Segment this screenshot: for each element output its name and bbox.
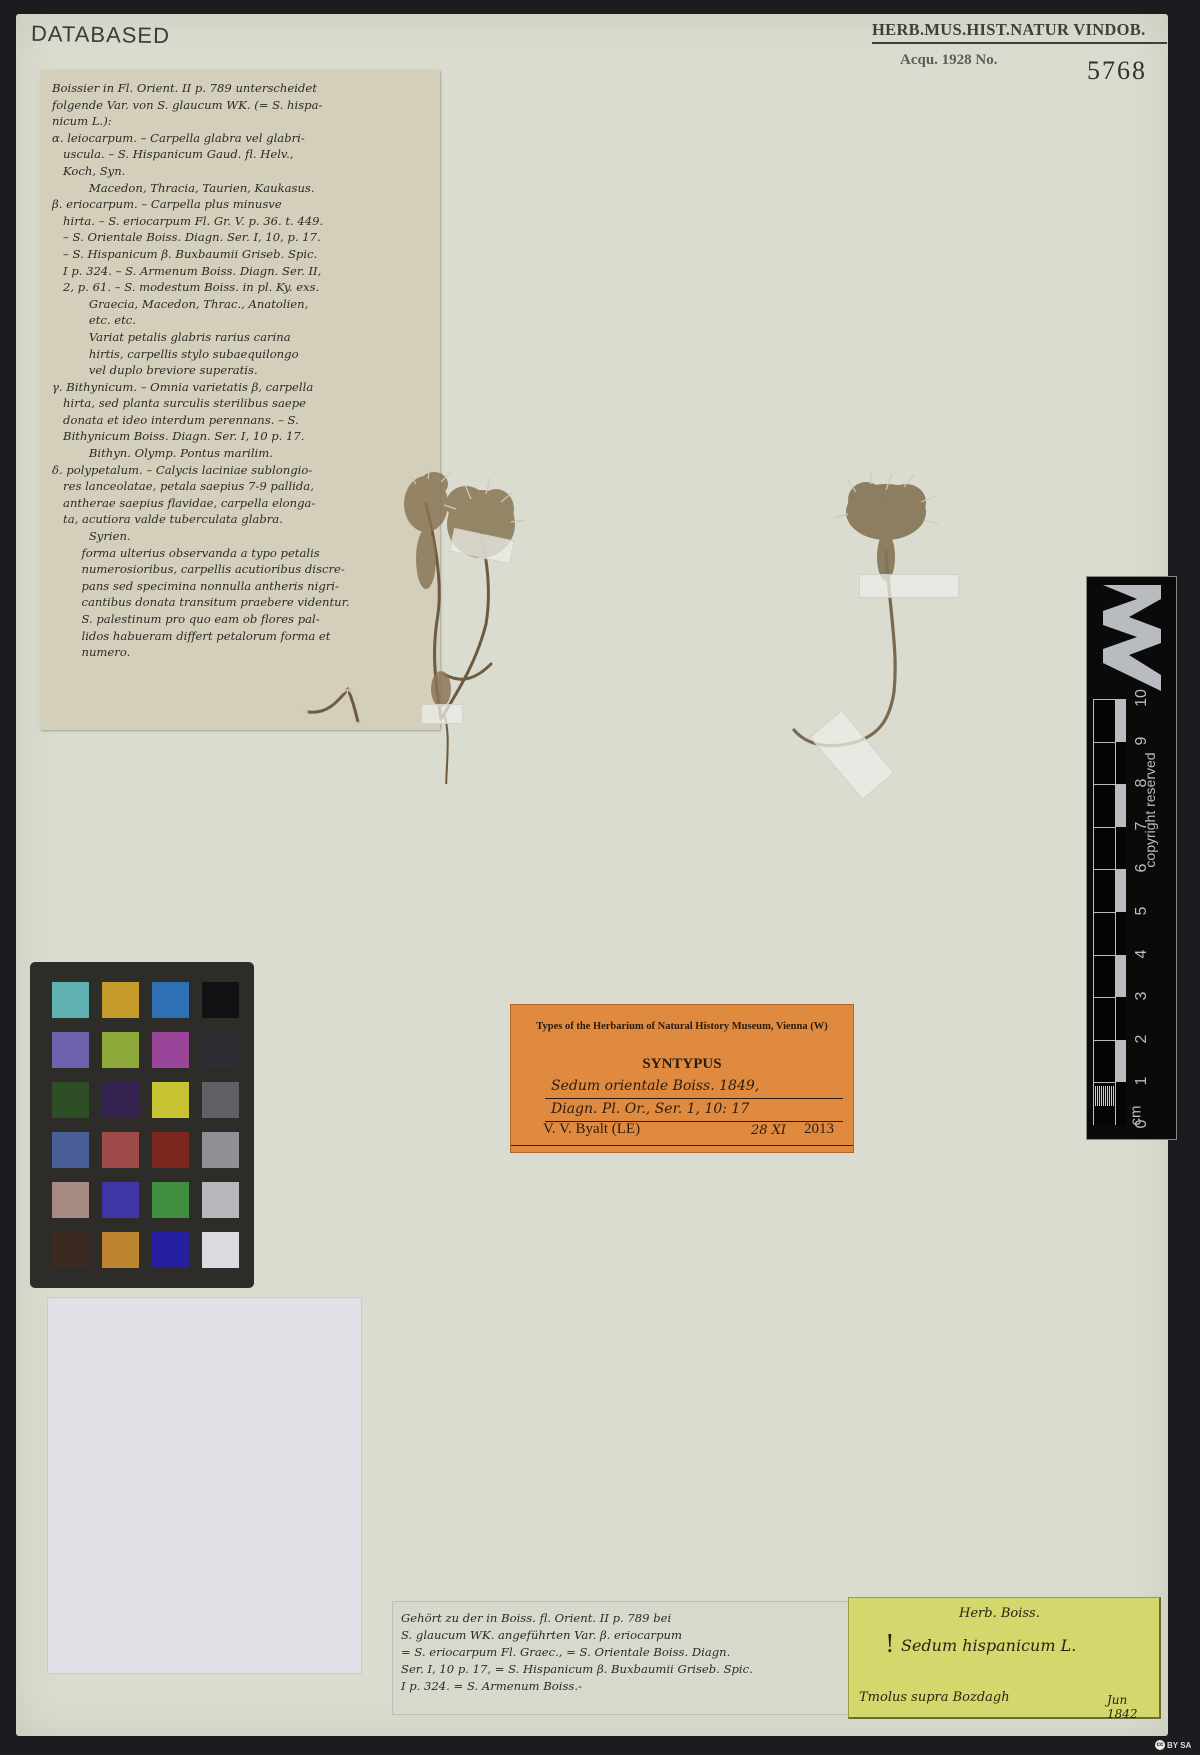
collection-locality: Tmolus supra Bozdagh <box>859 1690 1010 1705</box>
color-swatch <box>52 1082 89 1118</box>
color-swatch <box>202 982 239 1018</box>
color-swatch <box>152 1232 189 1268</box>
collection-date: Jun 1842 <box>1107 1693 1159 1721</box>
cc-icon: cc <box>1155 1740 1165 1750</box>
color-swatch <box>152 1182 189 1218</box>
scale-bar: copyright reserved cm 012345678910 <box>1086 576 1177 1140</box>
type-specimen-label: Types of the Herbarium of Natural Histor… <box>510 1004 854 1153</box>
scale-segment <box>1115 827 1126 870</box>
scale-tick-label: 9 <box>1133 731 1151 751</box>
scale-segment <box>1093 955 1115 998</box>
scale-tick-label: 4 <box>1133 944 1151 964</box>
color-swatch <box>202 1132 239 1168</box>
determination-year: 2013 <box>804 1121 834 1138</box>
determination-date: 28 XI <box>751 1123 786 1138</box>
color-swatch <box>152 1032 189 1068</box>
plant-specimen-left <box>266 464 546 784</box>
scale-segment <box>1115 1082 1126 1125</box>
scale-segment <box>1115 955 1126 998</box>
scale-segment <box>1115 997 1126 1040</box>
mm-tick <box>1101 1086 1102 1106</box>
scale-segment <box>1115 699 1126 742</box>
color-swatch <box>52 1232 89 1268</box>
confirmation-mark: ! <box>885 1630 895 1658</box>
mm-tick <box>1103 1086 1104 1106</box>
scale-tick-label: 0 <box>1133 1114 1151 1134</box>
institution-name: HERB.MUS.HIST.NATUR VINDOB. <box>872 20 1167 44</box>
color-swatch <box>102 1182 139 1218</box>
scale-tick-label: 7 <box>1133 816 1151 836</box>
accession-number: 5768 <box>1087 56 1147 86</box>
scale-segment <box>1115 912 1126 955</box>
color-calibration-chart <box>30 962 254 1288</box>
color-swatch <box>202 1232 239 1268</box>
scale-tick-label: 1 <box>1133 1071 1151 1091</box>
color-swatch <box>202 1032 239 1068</box>
divider <box>511 1145 853 1146</box>
color-swatch <box>52 1032 89 1068</box>
color-swatch <box>152 982 189 1018</box>
scale-tick-label: 5 <box>1133 901 1151 921</box>
color-swatch <box>102 1082 139 1118</box>
taxon-reference: Diagn. Pl. Or., Ser. 1, 10: 17 <box>545 1101 843 1122</box>
scale-segment <box>1093 699 1115 742</box>
herbarium-name: Herb. Boiss. <box>959 1606 1040 1621</box>
w-logo-icon <box>1101 583 1163 695</box>
mm-tick <box>1105 1086 1106 1106</box>
acquisition-label: Acqu. 1928 No. <box>900 52 998 69</box>
color-swatch <box>102 1132 139 1168</box>
scale-tick-label: 10 <box>1133 688 1151 708</box>
license-badge: cc BY SA <box>1155 1740 1191 1750</box>
scale-segment <box>1093 912 1115 955</box>
databased-stamp: DATABASED <box>31 21 170 49</box>
scale-tick-label: 3 <box>1133 986 1151 1006</box>
scale-tick-label: 6 <box>1133 858 1151 878</box>
color-swatch <box>52 1182 89 1218</box>
blank-white-card <box>47 1297 362 1674</box>
color-swatch <box>102 982 139 1018</box>
herbarium-sheet: DATABASED HERB.MUS.HIST.NATUR VINDOB. Ac… <box>16 14 1168 1736</box>
scale-segment <box>1093 827 1115 870</box>
color-swatch <box>202 1182 239 1218</box>
species-name: Sedum hispanicum L. <box>901 1636 1076 1655</box>
type-status: SYNTYPUS <box>511 1056 853 1073</box>
color-swatch <box>52 1132 89 1168</box>
mounting-tape <box>859 574 959 598</box>
color-swatch <box>52 982 89 1018</box>
mm-tick <box>1109 1086 1110 1106</box>
license-text: BY SA <box>1167 1741 1191 1750</box>
mounting-tape <box>421 704 463 724</box>
color-swatch <box>102 1232 139 1268</box>
mm-tick <box>1111 1086 1112 1106</box>
original-collection-label: Herb. Boiss. ! Sedum hispanicum L. Tmolu… <box>848 1597 1161 1719</box>
herbarium-stamp: HERB.MUS.HIST.NATUR VINDOB. Acqu. 1928 N… <box>872 20 1167 44</box>
annotation-text: Gehört zu der in Boiss. fl. Orient. II p… <box>401 1610 753 1695</box>
mm-tick <box>1113 1086 1114 1106</box>
color-swatch <box>152 1082 189 1118</box>
scale-segment <box>1115 1040 1126 1083</box>
scale-segment <box>1093 1040 1115 1083</box>
color-swatch <box>152 1132 189 1168</box>
scale-segment <box>1093 997 1115 1040</box>
mm-tick <box>1097 1086 1098 1106</box>
mm-tick <box>1099 1086 1100 1106</box>
type-label-header: Types of the Herbarium of Natural Histor… <box>511 1021 853 1032</box>
mm-tick <box>1095 1086 1096 1106</box>
scale-tick-label: 2 <box>1133 1029 1151 1049</box>
scale-segment <box>1115 869 1126 912</box>
color-swatch <box>102 1032 139 1068</box>
scale-segment <box>1093 784 1115 827</box>
taxon-name: Sedum orientale Boiss. 1849, <box>545 1078 843 1099</box>
scale-segment <box>1093 869 1115 912</box>
determiner: V. V. Byalt (LE) <box>543 1121 640 1138</box>
annotation-note: Gehört zu der in Boiss. fl. Orient. II p… <box>392 1601 850 1715</box>
mm-tick <box>1107 1086 1108 1106</box>
scale-tick-label: 8 <box>1133 773 1151 793</box>
scale-segment <box>1093 742 1115 785</box>
color-swatch <box>202 1082 239 1118</box>
scale-segment <box>1115 742 1126 785</box>
scale-segment <box>1115 784 1126 827</box>
